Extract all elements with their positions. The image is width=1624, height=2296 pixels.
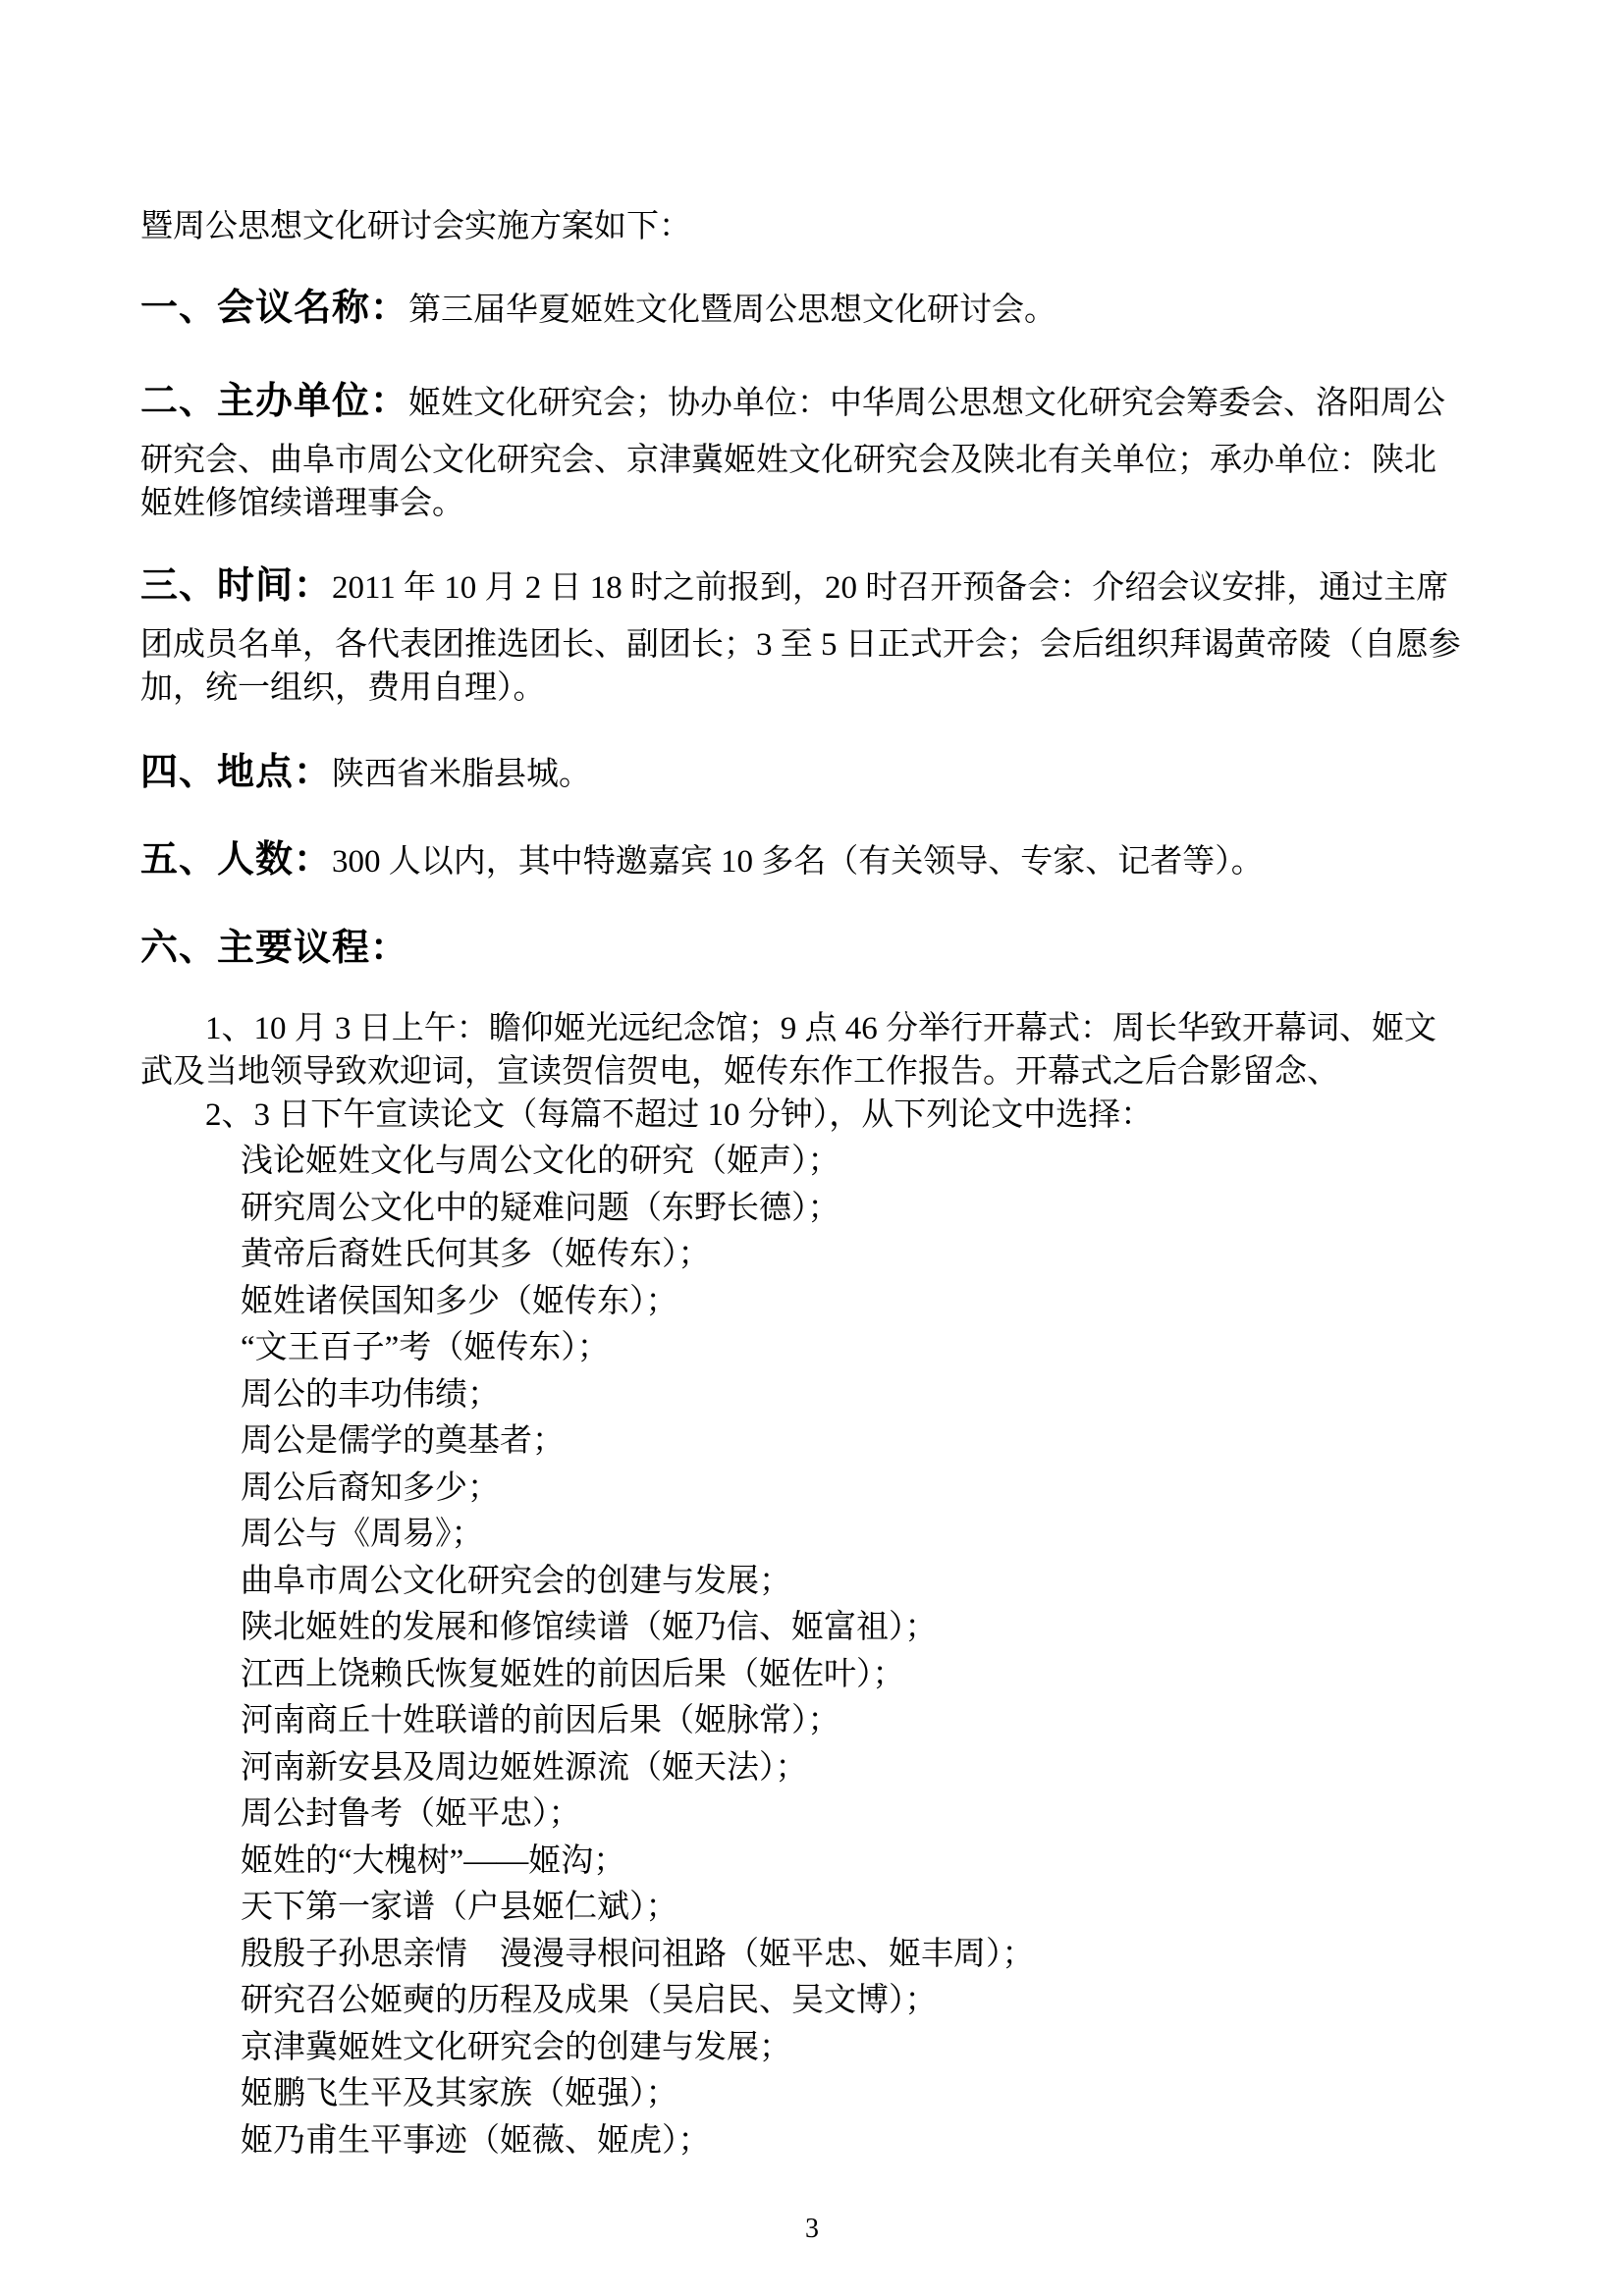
paper-item: 姬姓的“大槐树”——姬沟； [241, 1839, 1486, 1886]
paper-item: 研究周公文化中的疑难问题（东野长德）； [241, 1186, 1486, 1233]
paper-item: 黄帝后裔姓氏何其多（姬传东）； [241, 1232, 1486, 1279]
section-meeting-name-body: 第三届华夏姬姓文化暨周公思想文化研讨会。 [408, 293, 1056, 328]
section-location-heading: 四、地点： [140, 752, 332, 793]
section-agenda: 六、主要议程： [140, 911, 1486, 986]
paper-item: 河南新安县及周边姬姓源流（姬天法）； [241, 1745, 1486, 1792]
paper-item: 姬鹏飞生平及其家族（姬强）； [241, 2071, 1486, 2118]
section-agenda-heading: 六、主要议程： [140, 928, 408, 969]
paper-item: 天下第一家谱（户县姬仁斌）； [241, 1885, 1486, 1932]
document-page: 暨周公思想文化研讨会实施方案如下： 一、会议名称：第三届华夏姬姓文化暨周公思想文… [0, 0, 1624, 2296]
section-organizers-heading: 二、主办单位： [140, 381, 408, 422]
paper-item: 京津冀姬姓文化研究会的创建与发展； [241, 2025, 1486, 2072]
section-location: 四、地点：陕西省米脂县城。 [140, 735, 1486, 810]
section-location-body: 陕西省米脂县城。 [332, 757, 591, 792]
section-attendance-body: 300 人以内，其中特邀嘉宾 10 多名（有关领导、专家、记者等）。 [332, 844, 1264, 880]
agenda-item-2: 2、3 日下午宣读论文（每篇不超过 10 分钟），从下列论文中选择： [140, 1094, 1486, 1137]
intro-paragraph: 暨周公思想文化研讨会实施方案如下： [140, 205, 1486, 248]
paper-item: “文王百子”考（姬传东）； [241, 1325, 1486, 1372]
paper-item: 曲阜市周公文化研究会的创建与发展； [241, 1559, 1486, 1606]
section-time-heading: 三、时间： [140, 565, 332, 607]
paper-item: 周公与《周易》； [241, 1512, 1486, 1559]
papers-list: 浅论姬姓文化与周公文化的研究（姬声）；研究周公文化中的疑难问题（东野长德）；黄帝… [140, 1139, 1486, 2164]
section-meeting-name: 一、会议名称：第三届华夏姬姓文化暨周公思想文化研讨会。 [140, 271, 1486, 346]
section-time: 三、时间：2011 年 10 月 2 日 18 时之前报到，20 时召开预备会：… [140, 549, 1486, 710]
paper-item: 河南商丘十姓联谱的前因后果（姬脉常）； [241, 1698, 1486, 1745]
section-attendance: 五、人数：300 人以内，其中特邀嘉宾 10 多名（有关领导、专家、记者等）。 [140, 823, 1486, 897]
paper-item: 姬姓诸侯国知多少（姬传东）； [241, 1279, 1486, 1326]
paper-item: 姬乃甫生平事迹（姬薇、姬虎）； [241, 2118, 1486, 2165]
paper-item: 周公的丰功伟绩； [241, 1372, 1486, 1419]
paper-item: 周公是儒学的奠基者； [241, 1418, 1486, 1466]
agenda-item-1: 1、10 月 3 日上午：瞻仰姬光远纪念馆；9 点 46 分举行开幕式：周长华致… [140, 1007, 1486, 1094]
section-meeting-name-heading: 一、会议名称： [140, 288, 408, 329]
paper-item: 江西上饶赖氏恢复姬姓的前因后果（姬佐叶）； [241, 1652, 1486, 1699]
paper-item: 研究召公姬奭的历程及成果（吴启民、吴文博）； [241, 1978, 1486, 2025]
paper-item: 周公后裔知多少； [241, 1466, 1486, 1513]
page-number: 3 [0, 2215, 1624, 2244]
paper-item: 周公封鲁考（姬平忠）； [241, 1791, 1486, 1839]
paper-item: 浅论姬姓文化与周公文化的研究（姬声）； [241, 1139, 1486, 1186]
section-time-body: 2011 年 10 月 2 日 18 时之前报到，20 时召开预备会：介绍会议安… [140, 570, 1461, 706]
section-attendance-heading: 五、人数： [140, 839, 332, 881]
paper-item: 殷殷子孙思亲情 漫漫寻根问祖路（姬平忠、姬丰周）； [241, 1932, 1486, 1979]
paper-item: 陕北姬姓的发展和修馆续谱（姬乃信、姬富祖）； [241, 1605, 1486, 1652]
section-organizers: 二、主办单位：姬姓文化研究会；协办单位：中华周公思想文化研究会筹委会、洛阳周公 … [140, 364, 1486, 525]
